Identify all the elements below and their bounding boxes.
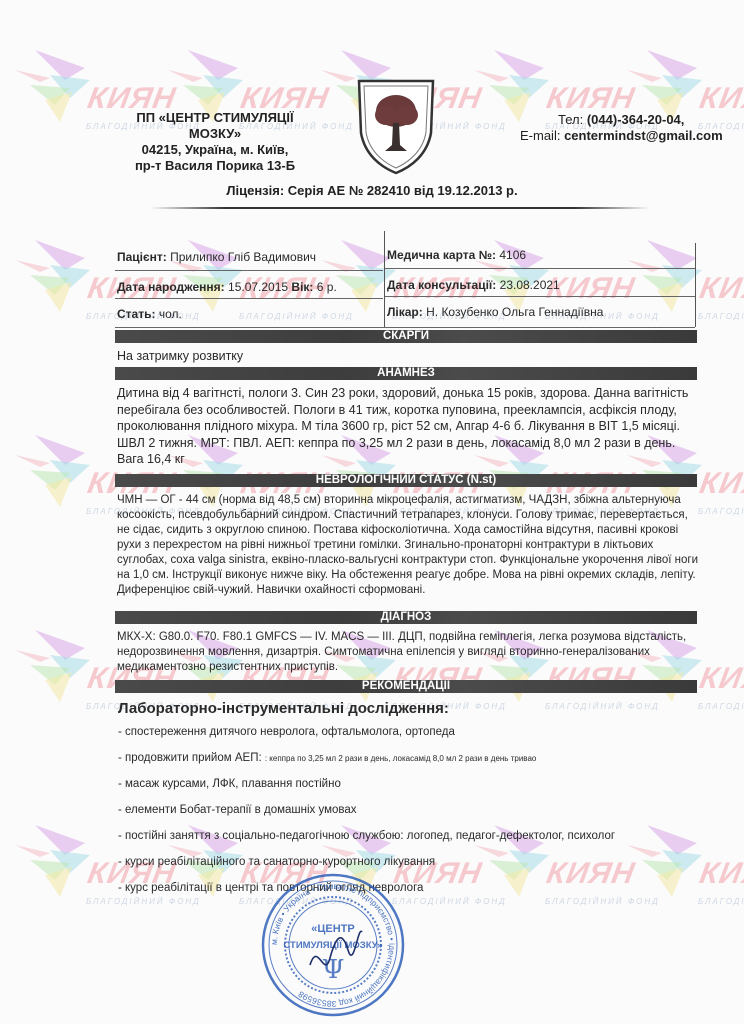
- table-line: [115, 298, 383, 299]
- consult-label: Дата консультації:: [387, 278, 496, 292]
- section-header-anamnesis: АНАМНЕЗ: [115, 367, 697, 380]
- phone-line: Тел: (044)-364-20-04,: [520, 112, 723, 128]
- table-line: [385, 268, 695, 269]
- consult-value: 23.08.2021: [500, 278, 560, 292]
- age-label: Вік:: [291, 280, 313, 294]
- recommendation-item: - спостереження дитячого невролога, офта…: [118, 726, 455, 738]
- age-value: 6 р.: [317, 280, 337, 294]
- phone-label: Тел:: [558, 112, 583, 127]
- section-header-recommendations: РЕКОМЕНДАЦІЇ: [115, 680, 697, 693]
- card-field: Медична карта №: 4106: [387, 243, 526, 267]
- organization-block: ПП «ЦЕНТР СТИМУЛЯЦІЇ МОЗКУ» 04215, Украї…: [110, 110, 320, 174]
- table-line: [115, 327, 695, 328]
- section-header-diagnosis: ДІАГНОЗ: [115, 611, 697, 624]
- email-line: E-mail: centermindst@gmail.com: [520, 128, 723, 144]
- org-name: ПП «ЦЕНТР СТИМУЛЯЦІЇ МОЗКУ»: [110, 110, 320, 142]
- sex-label: Стать:: [117, 307, 155, 321]
- patient-value: Прилипко Гліб Вадимович: [170, 250, 316, 264]
- sex-field: Стать: чол.: [117, 302, 182, 326]
- recommendation-item-text: - продовжити прийом АЕП:: [118, 752, 262, 764]
- table-border: [695, 243, 696, 327]
- dob-label: Дата народження:: [117, 280, 225, 294]
- patient-label: Пацієнт:: [117, 250, 167, 264]
- complaints-text: На затримку розвитку: [117, 348, 697, 365]
- stamp-psi-icon: Ψ: [322, 955, 345, 985]
- recommendation-item: - масаж курсами, ЛФК, плавання постійно: [118, 778, 341, 790]
- phone-value: (044)-364-20-04,: [587, 112, 685, 127]
- header-divider: [150, 207, 650, 209]
- table-line: [385, 296, 695, 297]
- section-header-complaints: СКАРГИ: [115, 330, 697, 343]
- card-label: Медична карта №:: [387, 248, 496, 262]
- org-address-city: 04215, Україна, м. Київ,: [110, 142, 320, 158]
- table-line: [115, 270, 383, 271]
- medical-document: ПП «ЦЕНТР СТИМУЛЯЦІЇ МОЗКУ» 04215, Украї…: [0, 0, 744, 1024]
- section-header-neuro-status: НЕВРОЛОГІЧНИЙ СТАТУС (N.st): [115, 474, 697, 487]
- recommendation-item: - курси реабілітаційного та санаторно-ку…: [118, 856, 435, 868]
- license-line: Ліцензія: Серія АЕ № 282410 від 19.12.20…: [0, 183, 744, 198]
- doctor-label: Лікар:: [387, 305, 423, 319]
- official-stamp: м. Київ • Україна • Приватне підприємств…: [258, 870, 408, 1020]
- stamp-center-line1: «ЦЕНТР: [311, 923, 355, 935]
- recommendation-item: - елементи Бобат-терапії в домашніх умов…: [118, 804, 357, 816]
- recommendation-item: - постійні заняття з соціально-педагогіч…: [118, 830, 615, 842]
- neuro-status-text: ЧМН — ОГ - 44 см (норма від 48,5 см) вто…: [117, 493, 699, 598]
- recommendation-item: - продовжити прийом АЕП: : кеппра по 3,2…: [118, 752, 536, 764]
- diagnosis-text: МКХ-Х: G80.0. F70. F80.1 GMFCS — IV. MAC…: [117, 630, 699, 675]
- aep-dosage-detail: : кеппра по 3,25 мл 2 рази в день, локас…: [265, 754, 536, 763]
- doctor-value: Н. Козубенко Ольга Геннадіївна: [426, 305, 603, 319]
- card-value: 4106: [499, 248, 526, 262]
- org-address-street: пр-т Василя Порика 13-Б: [110, 158, 320, 174]
- email-value[interactable]: centermindst@gmail.com: [564, 128, 723, 143]
- sex-value: чол.: [159, 307, 182, 321]
- patient-field: Пацієнт: Прилипко Гліб Вадимович: [117, 245, 316, 269]
- dob-field: Дата народження: 15.07.2015 Вік: 6 р.: [117, 275, 337, 299]
- table-divider: [384, 231, 385, 327]
- contact-block: Тел: (044)-364-20-04, E-mail: centermind…: [520, 112, 723, 144]
- anamnesis-text: Дитина від 4 вагітнсті, пологи 3. Син 23…: [117, 385, 699, 468]
- email-label: E-mail:: [520, 128, 560, 143]
- dob-value: 15.07.2015: [228, 280, 288, 294]
- consult-date-field: Дата консультації: 23.08.2021: [387, 273, 560, 297]
- tree-shield-icon: [355, 75, 437, 175]
- recommendations-subtitle: Лабораторно-інструментальні дослідження:: [118, 700, 449, 717]
- doctor-field: Лікар: Н. Козубенко Ольга Геннадіївна: [387, 300, 603, 324]
